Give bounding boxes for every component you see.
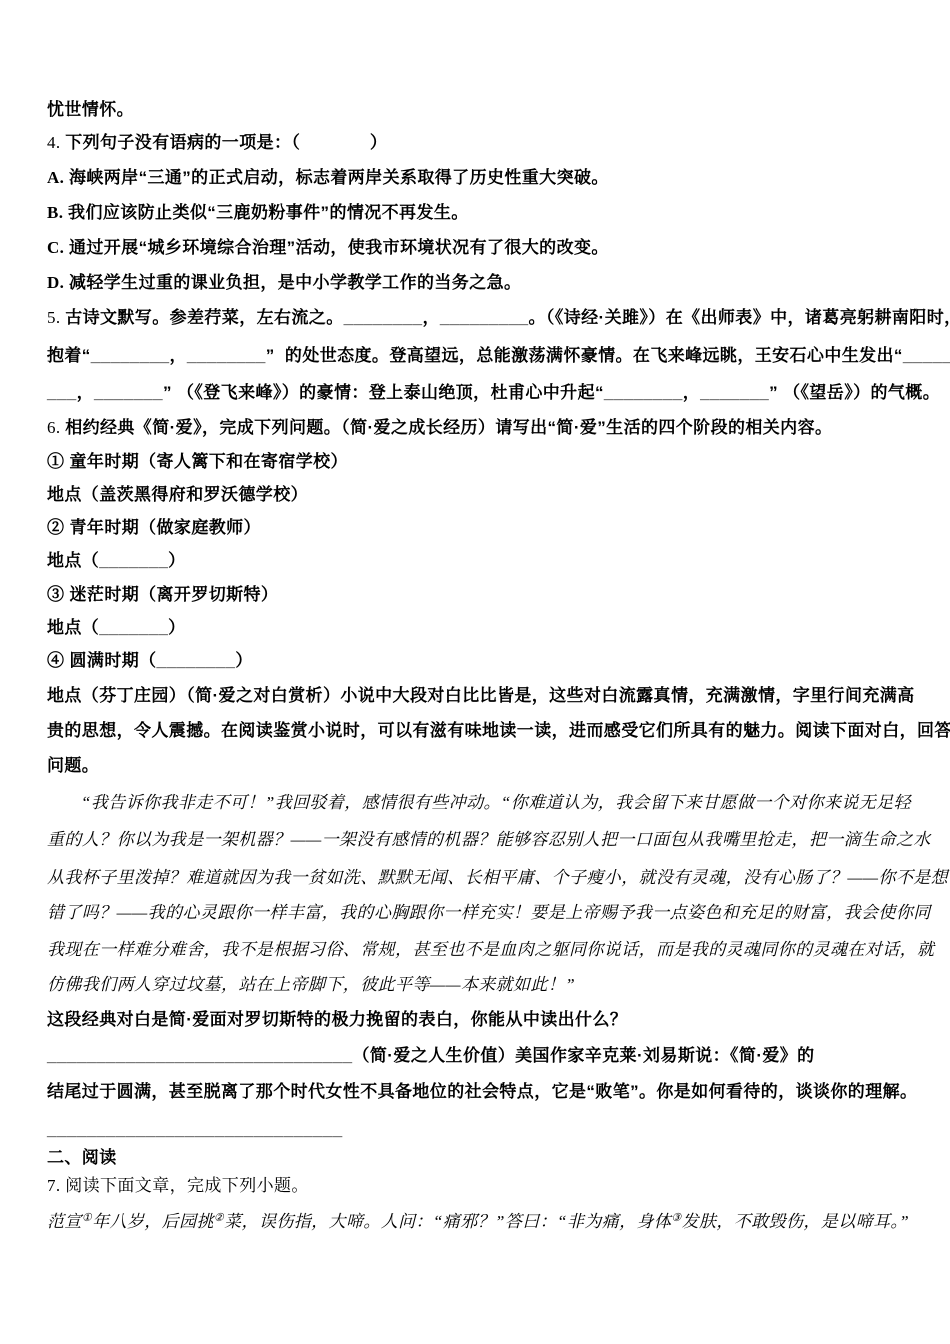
question-5-line-1: 5. 古诗文默写。参差荇菜，左右流之。________，_________。（《… [47, 306, 950, 330]
question-4-option-c-segment-1: 通过开展“城乡环境综合治理”活动，使我市环境状况有了很大的改变。 [69, 238, 609, 257]
dialog-excerpt-line-3: 从我杯子里泼掉？难道就因为我一贫如洗、默默无闻、长相平庸、个子瘦小，就没有灵魂，… [47, 866, 948, 890]
question-6-stem-segment-0: 6. [47, 418, 65, 437]
question-6-answer-blank-and-value-prompt-segment-0: _______________________________ [47, 1046, 353, 1065]
question-5-line-1-segment-1: 古诗文默写。参差荇菜，左右流之。________，_________。（《诗经·… [65, 308, 950, 327]
dialog-excerpt-line-6-segment-0: 仿佛我们两人穿过坟墓，站在上帝脚下，彼此平等——本来就如此！” [47, 975, 575, 994]
question-6-stage-1-place: 地点（盖茨黑得府和罗沃德学校） [47, 483, 308, 507]
question-6-dialog-prompt-segment-0: 这段经典对白是简·爱面对罗切斯特的极力挽留的表白，你能从中读出什么？ [47, 1010, 627, 1029]
section-2-heading-segment-0: 二、阅读 [47, 1148, 117, 1167]
dialog-excerpt-line-2-segment-0: 重的人？你以为我是一架机器？——一架没有感情的机器？能够容忍别人把一口面包从我嘴… [47, 830, 931, 849]
question-6-answer-blank-2: ______________________________ [47, 1118, 343, 1142]
classical-passage-line-1: 范宣①年八岁，后园挑②菜，误伤指，大啼。人问：“痛邪？”答曰：“非为痛，身体③发… [47, 1206, 909, 1234]
carryover-text-segment-0: 忧世情怀。 [47, 100, 134, 119]
question-5-line-3: ___，_______” （《登飞来峰》）的豪情：登上泰山绝顶，杜甫心中升起“_… [47, 381, 940, 405]
question-5-line-1-segment-0: 5. [47, 308, 65, 327]
exam-document-page: 忧世情怀。4. 下列句子没有语病的一项是：（ ）A. 海峡两岸“三通”的正式启动… [0, 0, 950, 1344]
dialog-excerpt-line-5-segment-0: 我现在一样难分难舍，我不是根据习俗、常规，甚至也不是血肉之躯同你说话，而是我的灵… [47, 940, 934, 959]
question-7-stem-segment-1: 阅读下面文章，完成下列小题。 [65, 1176, 309, 1195]
question-6-dialog-prompt: 这段经典对白是简·爱面对罗切斯特的极力挽留的表白，你能从中读出什么？ [47, 1008, 627, 1032]
dialog-excerpt-line-1: “我告诉你我非走不可！”我回驳着，感情很有些冲动。“你难道认为，我会留下来甘愿做… [81, 791, 911, 815]
question-4-stem-segment-1: 下列句子没有语病的一项是：（ ） [65, 133, 387, 152]
question-6-stage-4-blank: ④ 圆满时期（________） [47, 649, 253, 673]
question-6-answer-blank-2-segment-0: ______________________________ [47, 1120, 343, 1139]
dialog-excerpt-line-5: 我现在一样难分难舍，我不是根据习俗、常规，甚至也不是血肉之躯同你说话，而是我的灵… [47, 938, 934, 962]
question-6-stage-1-place-segment-0: 地点（盖茨黑得府和罗沃德学校） [47, 485, 308, 504]
question-6-stage-4-blank-segment-0: ④ 圆满时期（________） [47, 651, 253, 670]
question-6-dialog-intro-line-3-segment-0: 问题。 [47, 756, 99, 775]
question-6-stage-1: ① 童年时期（寄人篱下和在寄宿学校） [47, 450, 348, 474]
dialog-excerpt-line-4-segment-0: 错了吗？——我的心灵跟你一样丰富，我的心胸跟你一样充实！要是上帝赐予我一点姿色和… [47, 903, 931, 922]
question-4-option-d: D. 减轻学生过重的课业负担，是中小学教学工作的当务之急。 [47, 271, 521, 295]
question-6-stage-3-segment-0: ③ 迷茫时期（离开罗切斯特） [47, 585, 278, 604]
section-2-heading: 二、阅读 [47, 1146, 117, 1170]
question-5-line-2: 抱着“________，________” 的处世态度。登高望远，总能激荡满怀豪… [47, 344, 950, 368]
dialog-excerpt-line-4: 错了吗？——我的心灵跟你一样丰富，我的心胸跟你一样充实！要是上帝赐予我一点姿色和… [47, 901, 931, 925]
question-6-dialog-intro-line-2: 贵的思想，令人震撼。在阅读鉴赏小说时，可以有滋有味地读一读，进而感受它们所具有的… [47, 719, 950, 743]
question-6-stage-3: ③ 迷茫时期（离开罗切斯特） [47, 583, 278, 607]
question-6-value-prompt-line-2-segment-0: 结尾过于圆满，甚至脱离了那个时代女性不具备地位的社会特点，它是“败笔”。你是如何… [47, 1082, 917, 1101]
carryover-text: 忧世情怀。 [47, 98, 134, 122]
dialog-excerpt-line-2: 重的人？你以为我是一架机器？——一架没有感情的机器？能够容忍别人把一口面包从我嘴… [47, 828, 931, 852]
question-6-stage-2-place-blank: 地点（_______） [47, 549, 186, 573]
question-7-stem-segment-0: 7. [47, 1176, 65, 1195]
dialog-excerpt-line-3-segment-0: 从我杯子里泼掉？难道就因为我一贫如洗、默默无闻、长相平庸、个子瘦小，就没有灵魂，… [47, 868, 948, 887]
question-5-line-3-segment-0: ___，_______” （《登飞来峰》）的豪情：登上泰山绝顶，杜甫心中升起“_… [47, 383, 940, 402]
question-6-value-prompt-line-2: 结尾过于圆满，甚至脱离了那个时代女性不具备地位的社会特点，它是“败笔”。你是如何… [47, 1080, 917, 1104]
question-4-option-a-segment-0: A. [47, 168, 69, 187]
classical-passage-line-1-segment-0: 范宣 [47, 1212, 82, 1231]
question-4-option-b: B. 我们应该防止类似“三鹿奶粉事件”的情况不再发生。 [47, 201, 469, 225]
question-4-option-a: A. 海峡两岸“三通”的正式启动，标志着两岸关系取得了历史性重大突破。 [47, 166, 609, 190]
question-6-answer-blank-and-value-prompt-segment-1: （简·爱之人生价值）美国作家辛克莱·刘易斯说：《简·爱》的 [353, 1046, 815, 1065]
question-6-stage-3-place-blank: 地点（_______） [47, 616, 186, 640]
question-4-option-d-segment-0: D. [47, 273, 69, 292]
question-6-stage-2-place-blank-segment-0: 地点（_______） [47, 551, 186, 570]
classical-passage-line-1-segment-1: ① [82, 1212, 92, 1224]
classical-passage-line-1-segment-6: 发肤，不敢毁伤，是以啼耳。” [682, 1212, 910, 1231]
question-5-line-2-segment-0: 抱着“________，________” 的处世态度。登高望远，总能激荡满怀豪… [47, 346, 950, 365]
question-6-stage-2-segment-0: ② 青年时期（做家庭教师） [47, 518, 261, 537]
question-6-dialog-intro-line-3: 问题。 [47, 754, 99, 778]
question-6-stage-1-segment-0: ① 童年时期（寄人篱下和在寄宿学校） [47, 452, 348, 471]
question-6-stem: 6. 相约经典《简·爱》，完成下列问题。（简·爱之成长经历）请写出“简·爱”生活… [47, 416, 832, 440]
classical-passage-line-1-segment-2: 年八岁，后园挑 [92, 1212, 214, 1231]
question-4-option-a-segment-1: 海峡两岸“三通”的正式启动，标志着两岸关系取得了历史性重大突破。 [69, 168, 609, 187]
question-4-option-c-segment-0: C. [47, 238, 69, 257]
classical-passage-line-1-segment-3: ② [214, 1212, 224, 1224]
dialog-excerpt-line-6: 仿佛我们两人穿过坟墓，站在上帝脚下，彼此平等——本来就如此！” [47, 973, 575, 997]
question-6-stage-3-place-blank-segment-0: 地点（_______） [47, 618, 186, 637]
question-4-option-b-segment-0: B. [47, 203, 68, 222]
question-4-option-c: C. 通过开展“城乡环境综合治理”活动，使我市环境状况有了很大的改变。 [47, 236, 609, 260]
question-4-stem-segment-0: 4. [47, 133, 65, 152]
question-4-option-d-segment-1: 减轻学生过重的课业负担，是中小学教学工作的当务之急。 [69, 273, 521, 292]
question-6-dialog-intro-line-2-segment-0: 贵的思想，令人震撼。在阅读鉴赏小说时，可以有滋有味地读一读，进而感受它们所具有的… [47, 721, 950, 740]
classical-passage-line-1-segment-4: 菜，误伤指，大啼。人问：“痛邪？”答曰：“非为痛，身体 [224, 1212, 671, 1231]
question-6-dialog-intro-line-1-segment-0: 地点（芬丁庄园）（简·爱之对白赏析）小说中大段对白比比皆是，这些对白流露真情，充… [47, 686, 915, 705]
question-6-stage-2: ② 青年时期（做家庭教师） [47, 516, 261, 540]
question-4-stem: 4. 下列句子没有语病的一项是：（ ） [47, 131, 387, 155]
question-7-stem: 7. 阅读下面文章，完成下列小题。 [47, 1174, 309, 1198]
dialog-excerpt-line-1-segment-0: “我告诉你我非走不可！”我回驳着，感情很有些冲动。“你难道认为，我会留下来甘愿做… [81, 793, 911, 812]
question-4-option-b-segment-1: 我们应该防止类似“三鹿奶粉事件”的情况不再发生。 [68, 203, 469, 222]
classical-passage-line-1-segment-5: ③ [671, 1212, 681, 1224]
question-6-dialog-intro-line-1: 地点（芬丁庄园）（简·爱之对白赏析）小说中大段对白比比皆是，这些对白流露真情，充… [47, 684, 915, 708]
question-6-answer-blank-and-value-prompt: _______________________________（简·爱之人生价值… [47, 1044, 815, 1068]
question-6-stem-segment-1: 相约经典《简·爱》，完成下列问题。（简·爱之成长经历）请写出“简·爱”生活的四个… [65, 418, 832, 437]
